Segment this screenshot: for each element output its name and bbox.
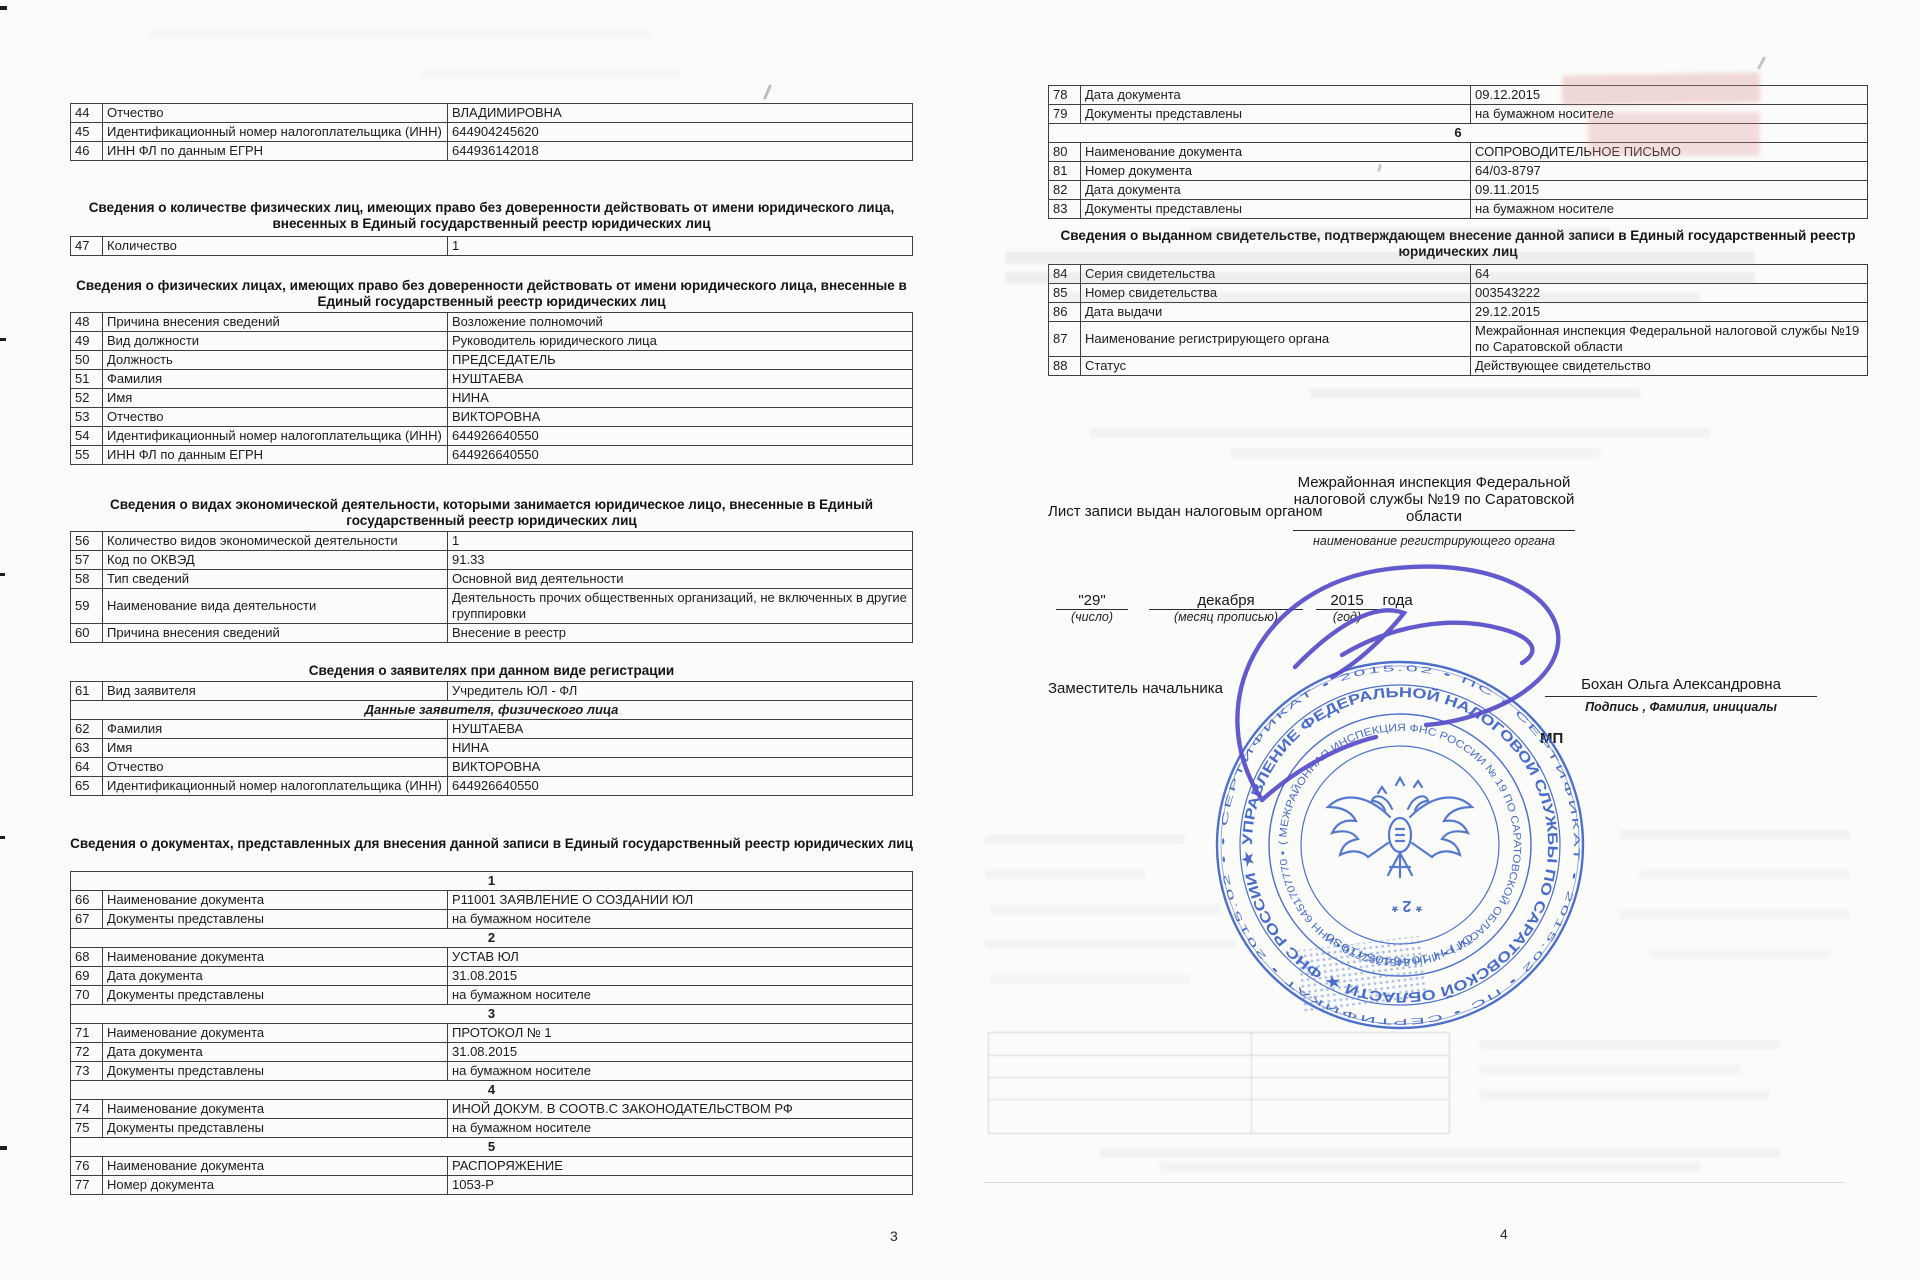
section-heading-okved: Сведения о видах экономической деятельно… xyxy=(70,497,913,529)
bleed-through xyxy=(1090,428,1710,438)
bleed-through xyxy=(1588,112,1760,156)
row-number: 79 xyxy=(1049,105,1081,124)
table-row: 70Документы представленына бумажном носи… xyxy=(71,986,913,1005)
row-number: 59 xyxy=(71,589,103,624)
row-value: 31.08.2015 xyxy=(448,967,913,986)
row-value: 644936142018 xyxy=(448,142,913,161)
table-row: 59Наименование вида деятельностиДеятельн… xyxy=(71,589,913,624)
row-value: НУШТАЕВА xyxy=(448,370,913,389)
row-value: Возложение полномочий xyxy=(448,313,913,332)
edge-mark xyxy=(0,338,6,341)
table-row: 3 xyxy=(71,1005,913,1024)
row-label: ИНН ФЛ по данным ЕГРН xyxy=(103,142,448,161)
row-number: 77 xyxy=(71,1176,103,1195)
row-number: 56 xyxy=(71,532,103,551)
row-number: 83 xyxy=(1049,200,1081,219)
scanned-document: { "left": { "page_number": "3", "t44": {… xyxy=(0,0,1920,1280)
row-number: 58 xyxy=(71,570,103,589)
row-number: 68 xyxy=(71,948,103,967)
bleed-through xyxy=(1060,292,1700,303)
row-number: 66 xyxy=(71,891,103,910)
row-label: Наименование документа xyxy=(103,1157,448,1176)
official-stamp: • СЕРТИФИКАТ • 2015.02 • ПС • СЕРТИФИКАТ… xyxy=(1120,545,1650,1055)
bleed-through xyxy=(1480,1040,1780,1049)
bleed-through xyxy=(1620,910,1850,919)
row-value: УСТАВ ЮЛ xyxy=(448,948,913,967)
row-label: Должность xyxy=(103,351,448,370)
row-value: Р11001 ЗАЯВЛЕНИЕ О СОЗДАНИИ ЮЛ xyxy=(448,891,913,910)
row-number: 46 xyxy=(71,142,103,161)
row-label: Документы представлены xyxy=(1081,105,1471,124)
page-3: 44ОтчествоВЛАДИМИРОВНА45Идентификационны… xyxy=(70,0,913,1280)
table-row: 65Идентификационный номер налогоплательщ… xyxy=(71,777,913,796)
table-row: 67Документы представленына бумажном носи… xyxy=(71,910,913,929)
row-value: 644904245620 xyxy=(448,123,913,142)
table-row: 72Дата документа31.08.2015 xyxy=(71,1043,913,1062)
row-number: 60 xyxy=(71,624,103,643)
table-row: 87Наименование регистрирующего органаМеж… xyxy=(1049,322,1868,357)
section-heading-applicants: Сведения о заявителях при данном виде ре… xyxy=(70,663,913,679)
row-value: на бумажном носителе xyxy=(448,1062,913,1081)
bleed-through xyxy=(1230,448,1600,458)
row-value: ВЛАДИМИРОВНА xyxy=(448,104,913,123)
edge-mark xyxy=(0,6,7,10)
table-row: 5 xyxy=(71,1138,913,1157)
bleed-through xyxy=(985,870,1145,879)
table-row: 47Количество1 xyxy=(71,237,913,256)
row-label: ИНН ФЛ по данным ЕГРН xyxy=(103,446,448,465)
issue-label: Лист записи выдан налоговым органом xyxy=(1048,503,1323,520)
row-value: ИНОЙ ДОКУМ. В СООТВ.С ЗАКОНОДАТЕЛЬСТВОМ … xyxy=(448,1100,913,1119)
page-number-3: 3 xyxy=(890,1228,898,1244)
row-label: Отчество xyxy=(103,408,448,427)
row-number: 81 xyxy=(1049,162,1081,181)
issuing-org-name: Межрайонная инспекция Федеральной налого… xyxy=(1293,474,1575,531)
handwritten-signature xyxy=(1237,567,1558,800)
table-row: 60Причина внесения сведенийВнесение в ре… xyxy=(71,624,913,643)
table-rows-44-46: 44ОтчествоВЛАДИМИРОВНА45Идентификационны… xyxy=(70,103,913,161)
row-value: 09.11.2015 xyxy=(1471,181,1868,200)
table-row: 45Идентификационный номер налогоплательщ… xyxy=(71,123,913,142)
row-number: 72 xyxy=(71,1043,103,1062)
bleed-through xyxy=(1310,388,1640,398)
row-label: Документы представлены xyxy=(103,910,448,929)
table-row: 48Причина внесения сведенийВозложение по… xyxy=(71,313,913,332)
row-value: НУШТАЕВА xyxy=(448,720,913,739)
table-row: 4 xyxy=(71,1081,913,1100)
row-value: Внесение в реестр xyxy=(448,624,913,643)
table-rows-48-55: 48Причина внесения сведенийВозложение по… xyxy=(70,312,913,465)
row-number: 65 xyxy=(71,777,103,796)
row-number: 87 xyxy=(1049,322,1081,357)
table-row: 69Дата документа31.08.2015 xyxy=(71,967,913,986)
row-label: Наименование вида деятельности xyxy=(103,589,448,624)
row-value: РАСПОРЯЖЕНИЕ xyxy=(448,1157,913,1176)
row-label: Номер документа xyxy=(1081,162,1471,181)
row-number: 45 xyxy=(71,123,103,142)
row-number: 86 xyxy=(1049,303,1081,322)
bleed-through xyxy=(1620,830,1850,839)
row-number: 52 xyxy=(71,389,103,408)
bleed-through xyxy=(985,835,1185,844)
row-value: 644926640550 xyxy=(448,446,913,465)
row-label: Вид должности xyxy=(103,332,448,351)
eagle-emblem-icon xyxy=(1328,778,1472,877)
table-row: 63ИмяНИНА xyxy=(71,739,913,758)
table-row: 83Документы представленына бумажном носи… xyxy=(1049,200,1868,219)
row-number: 69 xyxy=(71,967,103,986)
row-label: Документы представлены xyxy=(1081,200,1471,219)
row-number: 53 xyxy=(71,408,103,427)
table-row: 44ОтчествоВЛАДИМИРОВНА xyxy=(71,104,913,123)
row-value: 1 xyxy=(448,237,913,256)
row-label: Идентификационный номер налогоплательщик… xyxy=(103,427,448,446)
section-heading-count: Сведения о количестве физических лиц, им… xyxy=(70,200,913,232)
document-group-number: 2 xyxy=(71,929,913,948)
row-number: 51 xyxy=(71,370,103,389)
row-label: Наименование документа xyxy=(103,891,448,910)
row-label: Количество xyxy=(103,237,448,256)
row-label: Номер документа xyxy=(103,1176,448,1195)
document-group-number: 3 xyxy=(71,1005,913,1024)
bleed-through xyxy=(985,1182,1845,1183)
table-row-47: 47Количество1 xyxy=(70,236,913,256)
row-label: Наименование документа xyxy=(103,1024,448,1043)
row-value: на бумажном носителе xyxy=(448,986,913,1005)
bleed-through xyxy=(1160,1162,1700,1171)
row-label: Наименование документа xyxy=(103,1100,448,1119)
row-number: 47 xyxy=(71,237,103,256)
row-value: Основной вид деятельности xyxy=(448,570,913,589)
table-row: 2 xyxy=(71,929,913,948)
row-label: Документы представлены xyxy=(103,1119,448,1138)
bleed-through-table xyxy=(988,1032,1450,1134)
row-value: НИНА xyxy=(448,739,913,758)
row-value: Деятельность прочих общественных организ… xyxy=(448,589,913,624)
table-row: 74Наименование документаИНОЙ ДОКУМ. В СО… xyxy=(71,1100,913,1119)
row-label: Причина внесения сведений xyxy=(103,624,448,643)
bleed-through xyxy=(1005,272,1755,284)
issuing-org-block: Межрайонная инспекция Федеральной налого… xyxy=(1293,474,1575,548)
row-value: Межрайонная инспекция Федеральной налого… xyxy=(1471,322,1868,357)
row-label: Отчество xyxy=(103,104,448,123)
bleed-through xyxy=(420,70,680,78)
row-number: 70 xyxy=(71,986,103,1005)
bleed-through xyxy=(1650,950,1830,959)
table-row: 81Номер документа64/03-8797 xyxy=(1049,162,1868,181)
table-row: 64ОтчествоВИКТОРОВНА xyxy=(71,758,913,777)
row-label: Фамилия xyxy=(103,720,448,739)
row-number: 82 xyxy=(1049,181,1081,200)
bleed-through xyxy=(985,940,1235,949)
row-number: 74 xyxy=(71,1100,103,1119)
row-number: 63 xyxy=(71,739,103,758)
table-row: 75Документы представленына бумажном носи… xyxy=(71,1119,913,1138)
row-number: 49 xyxy=(71,332,103,351)
document-group-number: 5 xyxy=(71,1138,913,1157)
edge-mark xyxy=(0,836,5,839)
bleed-through xyxy=(1480,1090,1770,1099)
row-number: 78 xyxy=(1049,86,1081,105)
table-row: 55ИНН ФЛ по данным ЕГРН644926640550 xyxy=(71,446,913,465)
row-label: Дата выдачи xyxy=(1081,303,1471,322)
table-row: 62ФамилияНУШТАЕВА xyxy=(71,720,913,739)
table-row: 54Идентификационный номер налогоплательщ… xyxy=(71,427,913,446)
edge-mark xyxy=(0,1146,7,1150)
row-value: 29.12.2015 xyxy=(1471,303,1868,322)
table-row: 58Тип сведенийОсновной вид деятельности xyxy=(71,570,913,589)
table-row: 46ИНН ФЛ по данным ЕГРН644936142018 xyxy=(71,142,913,161)
row-number: 50 xyxy=(71,351,103,370)
row-label: Статус xyxy=(1081,357,1471,376)
row-number: 88 xyxy=(1049,357,1081,376)
row-label: Наименование документа xyxy=(103,948,448,967)
table-row: 77Номер документа1053-Р xyxy=(71,1176,913,1195)
row-number: 44 xyxy=(71,104,103,123)
row-number: 75 xyxy=(71,1119,103,1138)
row-value: 644926640550 xyxy=(448,777,913,796)
table-row: 68Наименование документаУСТАВ ЮЛ xyxy=(71,948,913,967)
table-row: 71Наименование документаПРОТОКОЛ № 1 xyxy=(71,1024,913,1043)
row-number: 54 xyxy=(71,427,103,446)
row-value: 1 xyxy=(448,532,913,551)
row-label: Документы представлены xyxy=(103,986,448,1005)
row-number: 64 xyxy=(71,758,103,777)
edge-mark xyxy=(0,573,5,576)
table-row: 82Дата документа09.11.2015 xyxy=(1049,181,1868,200)
row-number: 71 xyxy=(71,1024,103,1043)
row-label: Вид заявителя xyxy=(103,682,448,701)
table-row: 56Количество видов экономической деятель… xyxy=(71,532,913,551)
row-value: 31.08.2015 xyxy=(448,1043,913,1062)
row-label: Отчество xyxy=(103,758,448,777)
table-row: 52ИмяНИНА xyxy=(71,389,913,408)
row-value: на бумажном носителе xyxy=(448,1119,913,1138)
row-label: Фамилия xyxy=(103,370,448,389)
table-row: 53ОтчествоВИКТОРОВНА xyxy=(71,408,913,427)
row-number: 61 xyxy=(71,682,103,701)
row-label: Идентификационный номер налогоплательщик… xyxy=(103,777,448,796)
row-label: Дата документа xyxy=(1081,181,1471,200)
stamp-inner-ring-text: ( МЕЖРАЙОННАЯ ИНСПЕКЦИЯ ФНС РОССИИ № 19 … xyxy=(1277,722,1523,968)
row-number: 73 xyxy=(71,1062,103,1081)
row-value: 644926640550 xyxy=(448,427,913,446)
document-group-number: 4 xyxy=(71,1081,913,1100)
bleed-through xyxy=(990,905,1220,914)
row-label: Дата документа xyxy=(103,967,448,986)
table-row: 88СтатусДействующее свидетельство xyxy=(1049,357,1868,376)
row-label: Дата документа xyxy=(1081,86,1471,105)
page-number-4: 4 xyxy=(1500,1226,1508,1242)
row-value: 1053-Р xyxy=(448,1176,913,1195)
row-value: 64/03-8797 xyxy=(1471,162,1868,181)
row-label: Имя xyxy=(103,739,448,758)
stamp-number: * 2 * xyxy=(1391,897,1422,914)
document-group-number: 1 xyxy=(71,872,913,891)
bleed-through xyxy=(1100,1148,1780,1157)
row-label: Имя xyxy=(103,389,448,408)
row-number: 57 xyxy=(71,551,103,570)
bleed-through xyxy=(1005,252,1755,264)
row-value: Руководитель юридического лица xyxy=(448,332,913,351)
row-value: ВИКТОРОВНА xyxy=(448,408,913,427)
row-value: на бумажном носителе xyxy=(1471,200,1868,219)
table-row: 76Наименование документаРАСПОРЯЖЕНИЕ xyxy=(71,1157,913,1176)
bleed-through xyxy=(1480,1065,1740,1074)
table-rows-66-77: 166Наименование документаР11001 ЗАЯВЛЕНИ… xyxy=(70,871,913,1195)
bleed-through xyxy=(1562,72,1760,105)
row-label: Документы представлены xyxy=(103,1062,448,1081)
bleed-through xyxy=(990,975,1190,984)
row-value: 91.33 xyxy=(448,551,913,570)
section-heading-persons: Сведения о физических лицах, имеющих пра… xyxy=(70,278,913,310)
row-value: НИНА xyxy=(448,389,913,408)
table-row: 57Код по ОКВЭД91.33 xyxy=(71,551,913,570)
table-row: 61Вид заявителяУчредитель ЮЛ - ФЛ xyxy=(71,682,913,701)
row-label: Код по ОКВЭД xyxy=(103,551,448,570)
row-value: Действующее свидетельство xyxy=(1471,357,1868,376)
table-rows-56-60: 56Количество видов экономической деятель… xyxy=(70,531,913,643)
table-rows-61-65: 61Вид заявителяУчредитель ЮЛ - ФЛДанные … xyxy=(70,681,913,796)
row-number: 76 xyxy=(71,1157,103,1176)
row-label: Тип сведений xyxy=(103,570,448,589)
table-row: 50ДолжностьПРЕДСЕДАТЕЛЬ xyxy=(71,351,913,370)
table-row: Данные заявителя, физического лица xyxy=(71,701,913,720)
table-subheader: Данные заявителя, физического лица xyxy=(71,701,913,720)
table-row: 86Дата выдачи29.12.2015 xyxy=(1049,303,1868,322)
bleed-through xyxy=(150,30,650,38)
row-number: 67 xyxy=(71,910,103,929)
section-heading-documents: Сведения о документах, представленных дл… xyxy=(70,836,913,852)
row-number: 55 xyxy=(71,446,103,465)
table-row: 51ФамилияНУШТАЕВА xyxy=(71,370,913,389)
row-label: Причина внесения сведений xyxy=(103,313,448,332)
row-value: Учредитель ЮЛ - ФЛ xyxy=(448,682,913,701)
row-value: ПРЕДСЕДАТЕЛЬ xyxy=(448,351,913,370)
row-label: Наименование документа xyxy=(1081,143,1471,162)
row-value: ВИКТОРОВНА xyxy=(448,758,913,777)
bleed-through xyxy=(1640,870,1850,879)
row-value: ПРОТОКОЛ № 1 xyxy=(448,1024,913,1043)
table-row: 66Наименование документаР11001 ЗАЯВЛЕНИЕ… xyxy=(71,891,913,910)
row-number: 62 xyxy=(71,720,103,739)
row-label: Идентификационный номер налогоплательщик… xyxy=(103,123,448,142)
table-row: 49Вид должностиРуководитель юридического… xyxy=(71,332,913,351)
row-label: Количество видов экономической деятельно… xyxy=(103,532,448,551)
table-row: 1 xyxy=(71,872,913,891)
row-label: Дата документа xyxy=(103,1043,448,1062)
bleed-through xyxy=(1190,228,1610,239)
row-label: Наименование регистрирующего органа xyxy=(1081,322,1471,357)
table-row: 73Документы представленына бумажном носи… xyxy=(71,1062,913,1081)
row-number: 80 xyxy=(1049,143,1081,162)
row-number: 48 xyxy=(71,313,103,332)
row-value: на бумажном носителе xyxy=(448,910,913,929)
